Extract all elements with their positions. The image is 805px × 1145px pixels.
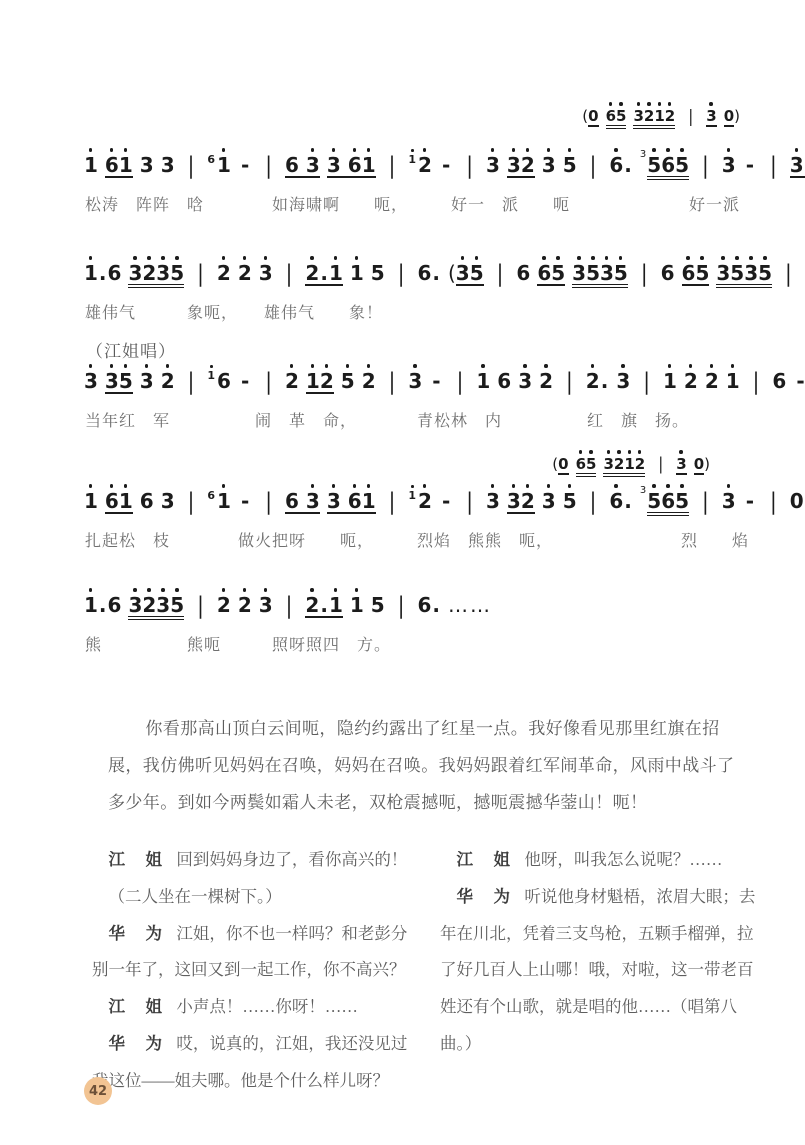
note: 0 [790, 482, 804, 511]
augmentation-dot: . [624, 489, 632, 513]
note: 1 [624, 448, 634, 472]
note: 1 [207, 365, 215, 381]
barline: | [389, 151, 396, 179]
beam-group: 361 [327, 146, 376, 178]
note: 3 [722, 482, 736, 511]
beam-group: 65 [606, 100, 627, 129]
beam-group: 361 [327, 482, 376, 514]
barline: | [643, 367, 650, 395]
barline: | [785, 259, 792, 287]
barline: | [286, 591, 293, 619]
monologue-text: 你看那高山顶白云间呃，隐约约露出了红星一点。我好像看见那里红旗在招展，我仿佛听见… [108, 710, 748, 821]
speaker-name: 华 为 [457, 887, 513, 906]
beam-group: 565 [647, 482, 689, 516]
songbook-page: (0653212|30) 16133|61-|63361|12-|33235|6… [0, 0, 805, 1145]
note: 3 [518, 362, 532, 391]
speech-line: 华 为听说他身材魁梧，浓眉大眼；去年在川北，凭着三支鸟枪，五颗手榴弹，拉了好几百… [440, 879, 762, 1063]
note: 3 [486, 482, 500, 511]
beam-group: 3235 [128, 254, 184, 288]
beam-group: 3212 [633, 100, 675, 129]
note: 2 [539, 362, 553, 391]
speech-text: 回到妈妈身边了，看你高兴的！ [176, 850, 407, 869]
augmentation-dot: . [99, 261, 107, 285]
note: 6 [108, 586, 122, 615]
beam-group: 3535 [572, 254, 628, 288]
grace-note: 6 [207, 153, 215, 166]
note: 1 [84, 482, 98, 511]
notation-line-4: 16163|61-|63361|12-|33235|6.3565|3-|0353… [84, 482, 805, 516]
note: 3 [327, 146, 341, 175]
barline: | [770, 487, 777, 515]
speaker-name: 华 为 [109, 924, 165, 943]
note: 3 [722, 146, 736, 175]
note: 5 [170, 254, 184, 283]
note: 1 [408, 485, 416, 501]
note: 1 [362, 482, 376, 511]
augmentation-dot: . [99, 593, 107, 617]
dash-note: - [241, 153, 249, 177]
paren: ( [448, 261, 456, 285]
note: 5 [170, 586, 184, 615]
note: 2 [635, 448, 645, 472]
note: 3 [572, 254, 586, 283]
beam-group: 2.1 [305, 254, 342, 286]
note: 5 [586, 448, 596, 472]
barline: | [398, 591, 405, 619]
lyrics-line-5: 熊 熊呃 照呀照四 方。 [85, 632, 391, 655]
dash-note: - [796, 369, 804, 393]
note: 3 [84, 362, 98, 391]
note: 5 [695, 254, 709, 283]
note: 2 [217, 586, 231, 615]
note: 2 [586, 362, 600, 391]
augmentation-dot: . [432, 593, 440, 617]
note: 5 [371, 586, 385, 615]
note: 6 [108, 254, 122, 283]
dash-note: - [442, 489, 450, 513]
note: 5 [616, 100, 626, 124]
grace-note: 1 [408, 489, 416, 502]
barline: | [770, 151, 777, 179]
note: 1 [329, 254, 343, 283]
note: 0 [724, 100, 734, 124]
beam-group: 65 [537, 254, 565, 286]
augmentation-dot: . [601, 369, 609, 393]
note: 6 [105, 482, 119, 511]
note: 6 [772, 362, 786, 391]
note: 3 [603, 448, 613, 472]
dash-note: - [746, 153, 754, 177]
note: 6 [661, 146, 675, 175]
dash-note: - [241, 489, 249, 513]
note: 0 [588, 100, 598, 124]
barline: | [753, 367, 760, 395]
lyrics-line-4: 扎起松 枝 做火把呀 呃， 烈焰 熊熊 呃， 烈 焰 [85, 528, 749, 551]
grace-note: 6 [207, 489, 215, 502]
speaker-name: 江 姐 [109, 997, 165, 1016]
note: 6 [140, 482, 154, 511]
barline: | [466, 151, 473, 179]
note: 1 [119, 482, 133, 511]
note: 3 [161, 146, 175, 175]
barline: | [497, 259, 504, 287]
note: 5 [119, 362, 133, 391]
note: 1 [408, 149, 416, 165]
barline: | [197, 259, 204, 287]
beam-group: 65 [682, 254, 710, 286]
augmentation-dot: . [320, 593, 328, 617]
barline: | [197, 591, 204, 619]
continuation-ellipsis: …… [448, 593, 492, 617]
beam-group: 0 [588, 100, 598, 127]
singer-label: （江姐唱） [86, 337, 176, 362]
note: 1 [119, 146, 133, 175]
note: 3 [408, 362, 422, 391]
tuplet-number: 3 [640, 485, 646, 496]
note: 5 [551, 254, 565, 283]
note: 6 [348, 482, 362, 511]
pickup-notation-1: (0653212|30) [85, 100, 740, 129]
note: 1 [84, 146, 98, 175]
note: 2 [305, 586, 319, 615]
note: 3 [128, 254, 142, 283]
barline: | [265, 487, 272, 515]
note: 2 [521, 146, 535, 175]
stage-direction-text: （二人坐在一棵树下。） [109, 887, 282, 906]
beam-group: 3 [676, 448, 686, 475]
note: 1 [350, 254, 364, 283]
augmentation-dot: . [432, 261, 440, 285]
note: 5 [563, 482, 577, 511]
barline: | [702, 151, 709, 179]
note: 3 [306, 482, 320, 511]
note: 2 [644, 100, 654, 124]
note: 1 [84, 254, 98, 283]
note: 5 [586, 254, 600, 283]
note: 3 [259, 586, 273, 615]
note: 5 [563, 146, 577, 175]
note: 3 [633, 100, 643, 124]
note: 5 [675, 146, 689, 175]
notation-line-3: 33532|16-|21252|3-|1632|2.3|1221|6-| [84, 362, 805, 394]
note: 5 [614, 254, 628, 283]
beam-group: 61 [105, 482, 133, 514]
note: 3 [542, 482, 556, 511]
beam-group: 2.1 [305, 586, 342, 618]
note: 6 [207, 485, 215, 501]
note: 5 [647, 146, 661, 175]
note: 2 [305, 254, 319, 283]
note: 5 [470, 254, 484, 283]
note: 2 [238, 254, 252, 283]
note: 6 [417, 586, 431, 615]
note: 6 [537, 254, 551, 283]
beam-group: 565 [647, 146, 689, 180]
beam-group: 63 [285, 482, 320, 514]
beam-group: 32 [507, 482, 535, 514]
speech-line: 江 姐他呀，叫我怎么说呢？…… [440, 842, 762, 879]
note: 1 [726, 362, 740, 391]
note: 2 [665, 100, 675, 124]
note: 1 [654, 100, 664, 124]
speech-line: 华 为江姐，你不也一样吗？和老彭分别一年了，这回又到一起工作，你不高兴？ [92, 916, 414, 990]
beam-group: 63 [285, 146, 320, 178]
note: 6 [609, 146, 623, 175]
paren: ) [734, 107, 740, 125]
note: 3 [105, 362, 119, 391]
tuplet-number: 3 [640, 149, 646, 160]
barline: | [590, 151, 597, 179]
note: 2 [285, 362, 299, 391]
note: 3 [507, 482, 521, 511]
dash-note: - [442, 153, 450, 177]
notation-line-2: 1.63235|223|2.115|6.(35|6653535|6653535|… [84, 254, 805, 288]
note: 3 [306, 146, 320, 175]
note: 6 [661, 254, 675, 283]
note: 3 [542, 146, 556, 175]
augmentation-dot: . [320, 261, 328, 285]
note: 5 [758, 254, 772, 283]
note: 3 [790, 146, 804, 175]
speaker-name: 华 为 [109, 1034, 165, 1053]
note: 3 [507, 146, 521, 175]
lyrics-line-3: 当年红 军 闹 革 命， 青松林 内 红 旗 扬。 [85, 408, 689, 431]
beam-group: 3235 [128, 586, 184, 620]
note: 5 [341, 362, 355, 391]
note: 2 [684, 362, 698, 391]
beam-group: 3 [706, 100, 716, 127]
note: 2 [217, 254, 231, 283]
note: 3 [600, 254, 614, 283]
barline: | [188, 367, 195, 395]
note: 1 [84, 586, 98, 615]
barline: | [188, 151, 195, 179]
note: 5 [730, 254, 744, 283]
barline: | [590, 487, 597, 515]
barline: | [702, 487, 709, 515]
barline: | [398, 259, 405, 287]
barline: | [566, 367, 573, 395]
note: 3 [716, 254, 730, 283]
note: 3 [140, 362, 154, 391]
speech-line: 华 为哎，说真的，江姐，我还没见过我这位——姐夫哪。他是个什么样儿呀？ [92, 1026, 414, 1100]
note: 3 [128, 586, 142, 615]
speaker-name: 江 姐 [457, 850, 513, 869]
beam-group: 3∨5 [790, 146, 805, 178]
note: 6 [207, 149, 215, 165]
note: 1 [362, 146, 376, 175]
note: 6 [661, 482, 675, 511]
note: 6 [516, 254, 530, 283]
note: 0 [558, 448, 568, 472]
stage-direction: （二人坐在一棵树下。） [92, 879, 414, 916]
note: 3 [259, 254, 273, 283]
note: 6 [417, 254, 431, 283]
note: 3 [676, 448, 686, 472]
paren: ) [704, 455, 710, 473]
speech-text: 他呀，叫我怎么说呢？…… [524, 850, 722, 869]
beam-group: 0 [724, 100, 734, 127]
note: 6 [285, 146, 299, 175]
speech-text: 听说他身材魁梧，浓眉大眼；去年在川北，凭着三支鸟枪，五颗手榴弹，拉了好几百人上山… [440, 887, 755, 1053]
note: 3 [456, 254, 470, 283]
barline: | [457, 367, 464, 395]
pickup-notation-2: (0653212|30) [85, 448, 710, 477]
note: 6 [348, 146, 362, 175]
beam-group: 0 [694, 448, 704, 475]
barline: | [389, 487, 396, 515]
page-number-badge: 42 [84, 1077, 112, 1105]
beam-group: 3535 [716, 254, 772, 288]
grace-note: 1 [408, 153, 416, 166]
dialogue-right-column: 江 姐他呀，叫我怎么说呢？……华 为听说他身材魁梧，浓眉大眼；去年在川北，凭着三… [440, 842, 762, 1063]
notation-line-1: 16133|61-|63361|12-|33235|6.3565|3-|3∨53… [84, 146, 805, 180]
beam-group: 3212 [603, 448, 645, 477]
note: 2 [238, 586, 252, 615]
beam-group: 35 [456, 254, 484, 286]
barline: | [188, 487, 195, 515]
speech-text: 小声点！……你呀！…… [176, 997, 358, 1016]
note: 2 [320, 362, 334, 391]
note: 6 [576, 448, 586, 472]
note: 2 [418, 146, 432, 175]
note: 1 [217, 482, 231, 511]
beam-group: 61 [105, 146, 133, 178]
augmentation-dot: . [624, 153, 632, 177]
note: 2 [142, 254, 156, 283]
note: 3 [140, 146, 154, 175]
note: 1 [217, 146, 231, 175]
note: 5 [675, 482, 689, 511]
note: 2 [142, 586, 156, 615]
note: 3 [161, 482, 175, 511]
note: 3 [616, 362, 630, 391]
note: 1 [306, 362, 320, 391]
note: 1 [663, 362, 677, 391]
beam-group: 35 [105, 362, 133, 394]
speech-line: 江 姐回到妈妈身边了，看你高兴的！ [92, 842, 414, 879]
barline: | [389, 367, 396, 395]
dash-note: - [746, 489, 754, 513]
barline: | [265, 367, 272, 395]
barline: | [265, 151, 272, 179]
dash-note: - [432, 369, 440, 393]
note: 2 [362, 362, 376, 391]
note: 2 [161, 362, 175, 391]
dialogue-left-column: 江 姐回到妈妈身边了，看你高兴的！（二人坐在一棵树下。）华 为江姐，你不也一样吗… [92, 842, 414, 1100]
barline: | [466, 487, 473, 515]
note: 1 [329, 586, 343, 615]
lyrics-line-2: 雄伟气 象呃， 雄伟气 象！ [85, 300, 383, 323]
speaker-name: 江 姐 [109, 850, 165, 869]
note: 3 [327, 482, 341, 511]
note: 6 [497, 362, 511, 391]
speech-line: 江 姐小声点！……你呀！…… [92, 989, 414, 1026]
dash-note: - [241, 369, 249, 393]
beam-group: 65 [576, 448, 597, 477]
notation-line-5: 1.63235|223|2.115|6.…… [84, 586, 492, 620]
note: 5 [647, 482, 661, 511]
note: 1 [350, 586, 364, 615]
note: 3 [156, 254, 170, 283]
note: 2 [521, 482, 535, 511]
lyrics-line-1: 松涛 阵阵 唅 如海啸啊 呃， 好一 派 呃 好一派 [85, 192, 740, 215]
barline: | [641, 259, 648, 287]
note: 6 [682, 254, 696, 283]
note: 6 [609, 482, 623, 511]
note: 2 [418, 482, 432, 511]
note: 6 [285, 482, 299, 511]
barline: | [286, 259, 293, 287]
note: 3 [486, 146, 500, 175]
note: 3 [744, 254, 758, 283]
note: 6 [606, 100, 616, 124]
note: 1 [476, 362, 490, 391]
beam-group: 12 [306, 362, 334, 394]
note: 2 [614, 448, 624, 472]
note: 5 [371, 254, 385, 283]
note: 6 [105, 146, 119, 175]
beam-group: 0 [558, 448, 568, 475]
note: 2 [705, 362, 719, 391]
barline: | [658, 454, 663, 475]
barline: | [688, 106, 693, 127]
note: 0 [694, 448, 704, 472]
note: 3 [156, 586, 170, 615]
grace-note: 1 [207, 369, 215, 382]
beam-group: 32 [507, 146, 535, 178]
monologue-block: 你看那高山顶白云间呃，隐约约露出了红星一点。我好像看见那里红旗在招展，我仿佛听见… [108, 710, 748, 821]
note: 6 [217, 362, 231, 391]
note: 3 [706, 100, 716, 124]
